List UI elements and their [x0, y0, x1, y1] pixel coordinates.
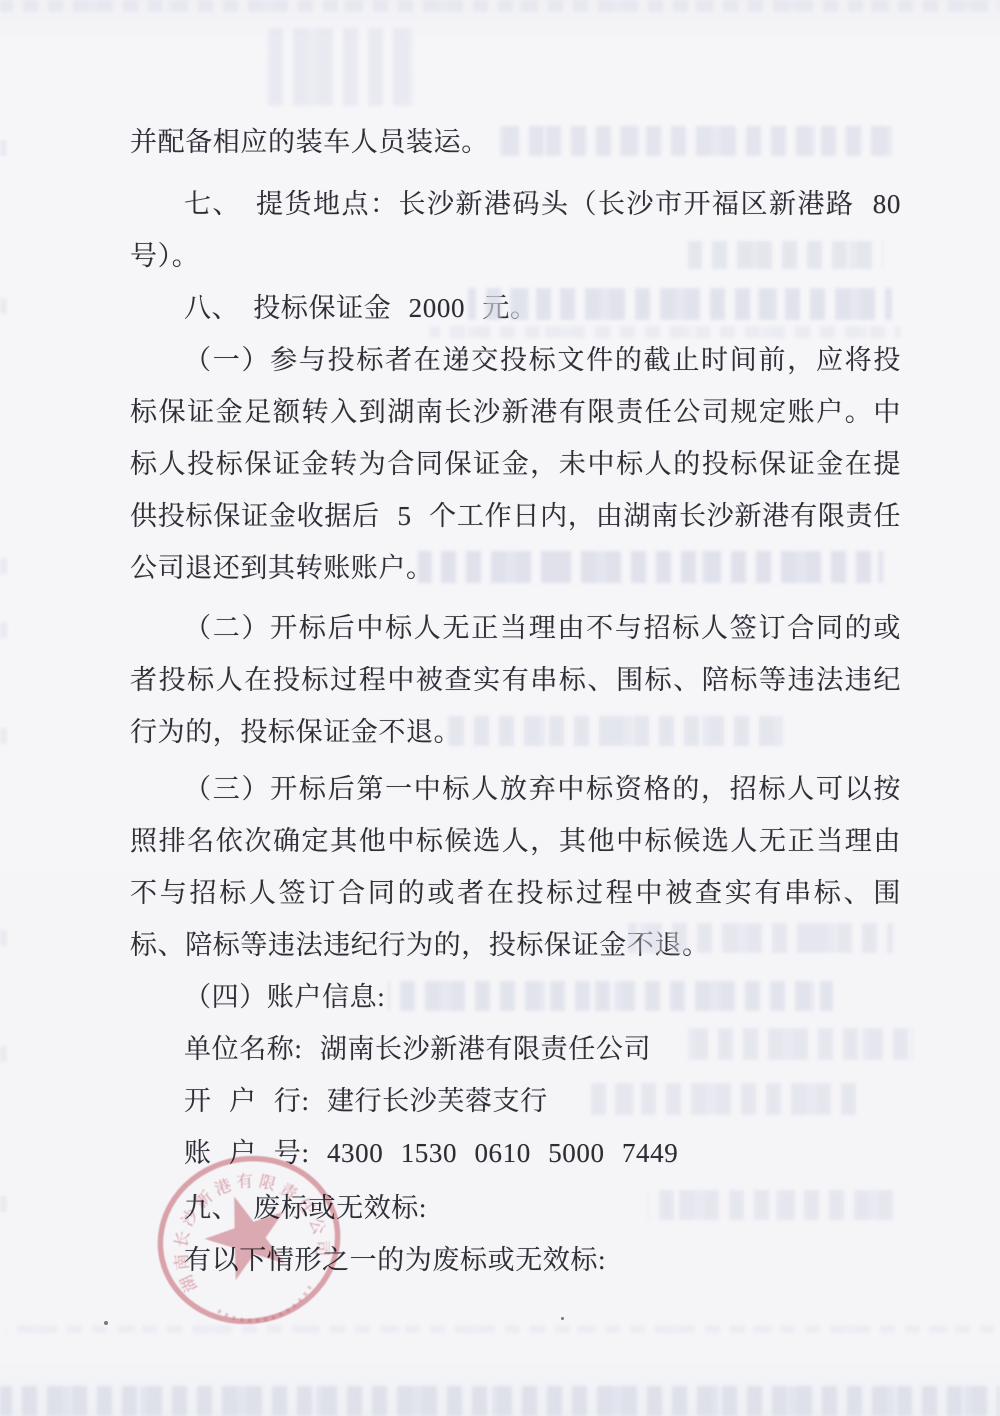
- edge-mark: [0, 558, 7, 574]
- edge-mark: [0, 622, 7, 638]
- bleed-through-artifact: [268, 28, 418, 106]
- paragraph: （四）账户信息:: [130, 971, 901, 1023]
- edge-mark: [0, 728, 7, 744]
- paragraph: 开 户 行: 建行长沙芙蓉支行: [130, 1075, 901, 1127]
- company-seal-stamp: 湖南长沙新港有限责任公司: [148, 1150, 350, 1336]
- bleed-through-artifact: [0, 0, 1000, 12]
- document-body: 并配备相应的装车人员装运。七、 提货地点：长沙新港码头（长沙市开福区新港路 80…: [130, 116, 901, 1286]
- edge-mark: [0, 298, 7, 314]
- scanned-document-page: 并配备相应的装车人员装运。七、 提货地点：长沙新港码头（长沙市开福区新港路 80…: [0, 0, 1000, 1416]
- edge-mark: [0, 930, 7, 946]
- scan-speck: [104, 1321, 108, 1325]
- paragraph: 单位名称: 湖南长沙新港有限责任公司: [130, 1023, 901, 1075]
- edge-mark: [0, 140, 7, 156]
- bleed-through-artifact: [0, 1386, 1000, 1416]
- paragraph: （三）开标后第一中标人放弃中标资格的，招标人可以按照排名依次确定其他中标候选人，…: [130, 763, 901, 971]
- paragraph: 并配备相应的装车人员装运。: [130, 116, 901, 168]
- paragraph: （一）参与投标者在递交投标文件的截止时间前，应将投标保证金足额转入到湖南长沙新港…: [130, 334, 901, 594]
- edge-mark: [0, 1196, 7, 1212]
- paragraph: 八、 投标保证金 2000 元。: [130, 282, 901, 334]
- paragraph: 七、 提货地点：长沙新港码头（长沙市开福区新港路 80号）。: [130, 178, 901, 282]
- scan-speck: [561, 1317, 564, 1320]
- edge-mark: [0, 1046, 7, 1062]
- paragraph: （二）开标后中标人无正当理由不与招标人签订合同的或者投标人在投标过程中被查实有串…: [130, 602, 901, 758]
